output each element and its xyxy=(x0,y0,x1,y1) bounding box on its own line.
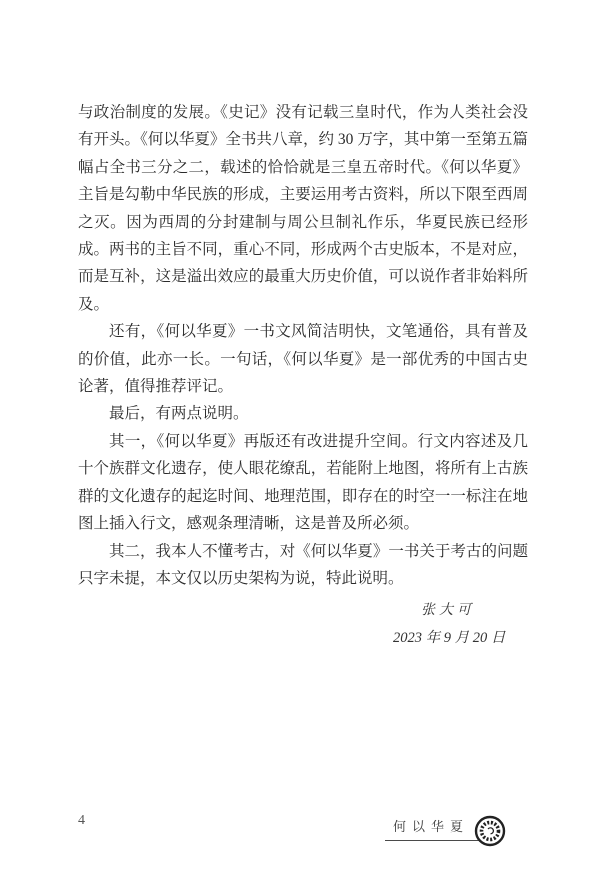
paragraph: 与政治制度的发展。《史记》没有记载三皇时代，作为人类社会没有开头。《何以华夏》全… xyxy=(78,99,528,318)
book-page: 与政治制度的发展。《史记》没有记载三皇时代，作为人类社会没有开头。《何以华夏》全… xyxy=(0,0,609,892)
page-number: 4 xyxy=(78,813,85,829)
body-text: 与政治制度的发展。《史记》没有记载三皇时代，作为人类社会没有开头。《何以华夏》全… xyxy=(78,99,528,592)
signature-block: 张大可 2023 年 9 月 20 日 xyxy=(393,597,503,652)
paragraph: 其二，我本人不懂考古，对《何以华夏》一书关于考古的问题只字未提，本文仅以历史架构… xyxy=(78,538,528,593)
signature-name: 张大可 xyxy=(393,597,503,625)
paragraph: 最后，有两点说明。 xyxy=(78,400,528,427)
paragraph: 其一，《何以华夏》再版还有改进提升空间。行文内容述及几十个族群文化遗存，使人眼花… xyxy=(78,428,528,538)
paragraph: 还有，《何以华夏》一书文风简洁明快，文笔通俗，具有普及的价值，此亦一长。一句话，… xyxy=(78,318,528,400)
running-title-group: 何以华夏 xyxy=(385,808,507,848)
running-title: 何以华夏 xyxy=(385,816,487,841)
signature-date: 2023 年 9 月 20 日 xyxy=(393,625,503,653)
publisher-seal-icon xyxy=(473,814,507,848)
